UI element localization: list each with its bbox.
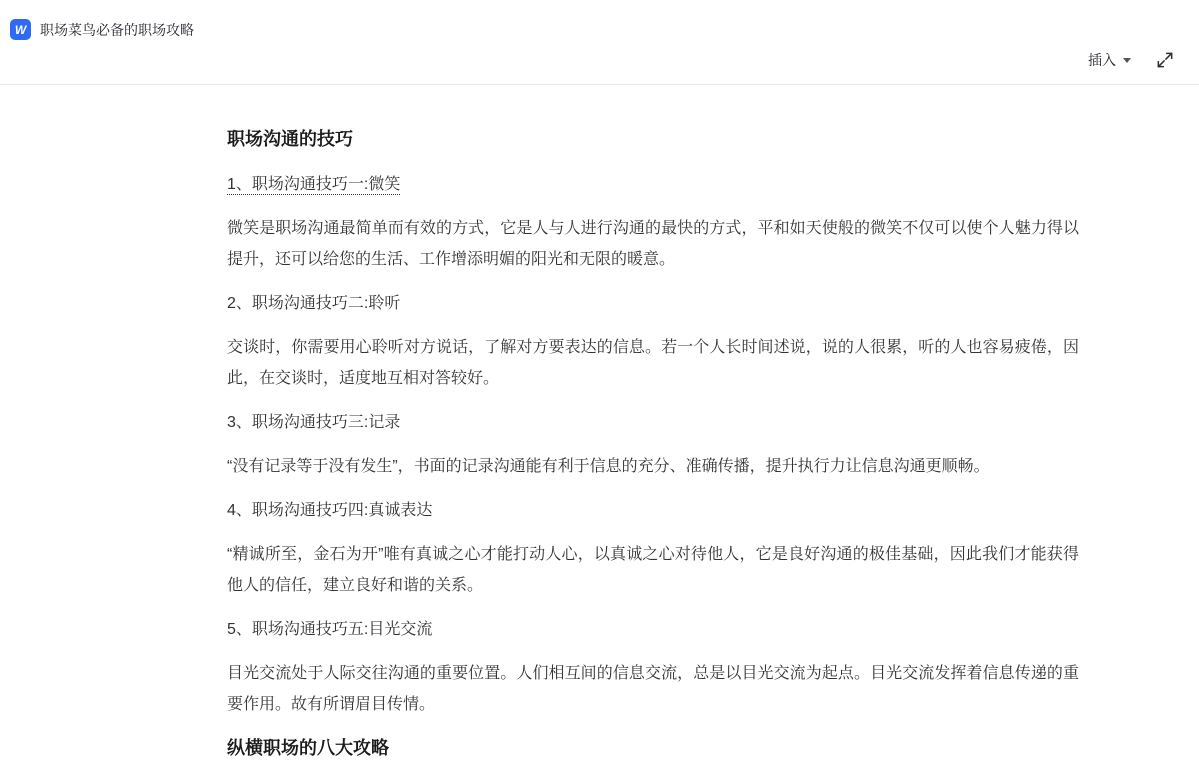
tip-line-3: 3、职场沟通技巧三:记录: [227, 407, 1079, 438]
toolbar: 插入: [1086, 46, 1177, 74]
expand-icon: [1155, 50, 1175, 70]
tip-paragraph-5: 目光交流处于人际交往沟通的重要位置。人们相互间的信息交流，总是以目光交流为起点。…: [227, 658, 1079, 720]
document-viewer-app: W 职场菜鸟必备的职场攻略 插入 职场沟通的技巧 1、职场沟通技巧一:微笑 微笑…: [0, 0, 1199, 764]
chevron-down-icon: [1123, 58, 1131, 63]
tip-paragraph-4: “精诚所至，金石为开”唯有真诚之心才能打动人心，以真诚之心对待他人，它是良好沟通…: [227, 539, 1079, 601]
tip-paragraph-3: “没有记录等于没有发生”，书面的记录沟通能有利于信息的充分、准确传播，提升执行力…: [227, 451, 1079, 482]
word-doc-icon: W: [10, 19, 31, 40]
tip-line-1: 1、职场沟通技巧一:微笑: [227, 169, 1079, 200]
tip-line-2: 2、职场沟通技巧二:聆听: [227, 288, 1079, 319]
header: W 职场菜鸟必备的职场攻略 插入: [0, 0, 1199, 85]
doc-section-heading-2: 纵横职场的八大攻略: [227, 733, 1079, 764]
doc-section-heading: 职场沟通的技巧: [227, 124, 1079, 155]
tip-line-4: 4、职场沟通技巧四:真诚表达: [227, 495, 1079, 526]
insert-button-label: 插入: [1088, 50, 1116, 70]
tip-paragraph-2: 交谈时，你需要用心聆听对方说话，了解对方要表达的信息。若一个人长时间述说，说的人…: [227, 332, 1079, 394]
fullscreen-button[interactable]: [1153, 48, 1177, 72]
doc-title: 职场菜鸟必备的职场攻略: [40, 20, 194, 40]
document-body[interactable]: 职场沟通的技巧 1、职场沟通技巧一:微笑 微笑是职场沟通最简单而有效的方式，它是…: [0, 85, 1199, 764]
tip-paragraph-1: 微笑是职场沟通最简单而有效的方式，它是人与人进行沟通的最快的方式，平和如天使般的…: [227, 213, 1079, 275]
tip-line-5: 5、职场沟通技巧五:目光交流: [227, 614, 1079, 645]
doc-meta: W 职场菜鸟必备的职场攻略: [10, 19, 194, 40]
insert-button[interactable]: 插入: [1086, 46, 1133, 74]
